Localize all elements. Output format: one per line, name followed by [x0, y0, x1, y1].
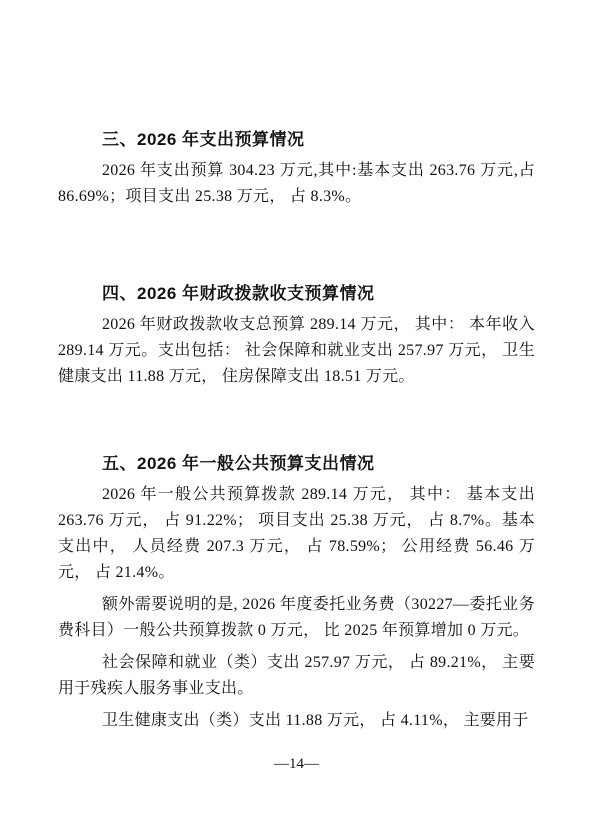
page-number: —14— [0, 756, 593, 773]
paragraph-health-expenditure: 卫生健康支出（类）支出 11.88 万元， 占 4.11%， 主要用于 [58, 708, 535, 734]
section-heading-fiscal-appropriation-budget: 四、2026 年财政拨款收支预算情况 [58, 282, 535, 306]
document-page: 三、2026 年支出预算情况 2026 年支出预算 304.23 万元,其中:基… [0, 0, 593, 837]
section-general-public-budget-expenditure: 五、2026 年一般公共预算支出情况 2026 年一般公共预算拨款 289.14… [58, 452, 535, 734]
paragraph-fiscal-appropriation-budget: 2026 年财政拨款收支总预算 289.14 万元， 其中： 本年收入 289.… [58, 312, 535, 390]
section-heading-general-public-budget-expenditure: 五、2026 年一般公共预算支出情况 [58, 452, 535, 476]
paragraph-general-public-budget-overview: 2026 年一般公共预算拨款 289.14 万元， 其中： 基本支出 263.7… [58, 482, 535, 586]
section-fiscal-appropriation-budget: 四、2026 年财政拨款收支预算情况 2026 年财政拨款收支总预算 289.1… [58, 282, 535, 390]
section-heading-expenditure-budget: 三、2026 年支出预算情况 [58, 128, 535, 152]
paragraph-expenditure-budget: 2026 年支出预算 304.23 万元,其中:基本支出 263.76 万元,占… [58, 158, 535, 210]
paragraph-entrusted-business-fee-note: 额外需要说明的是, 2026 年度委托业务费（30227—委托业务费科目）一般公… [58, 592, 535, 644]
paragraph-social-security-employment: 社会保障和就业（类）支出 257.97 万元， 占 89.21%， 主要用于残疾… [58, 650, 535, 702]
document-content: 三、2026 年支出预算情况 2026 年支出预算 304.23 万元,其中:基… [58, 128, 535, 734]
section-expenditure-budget: 三、2026 年支出预算情况 2026 年支出预算 304.23 万元,其中:基… [58, 128, 535, 210]
